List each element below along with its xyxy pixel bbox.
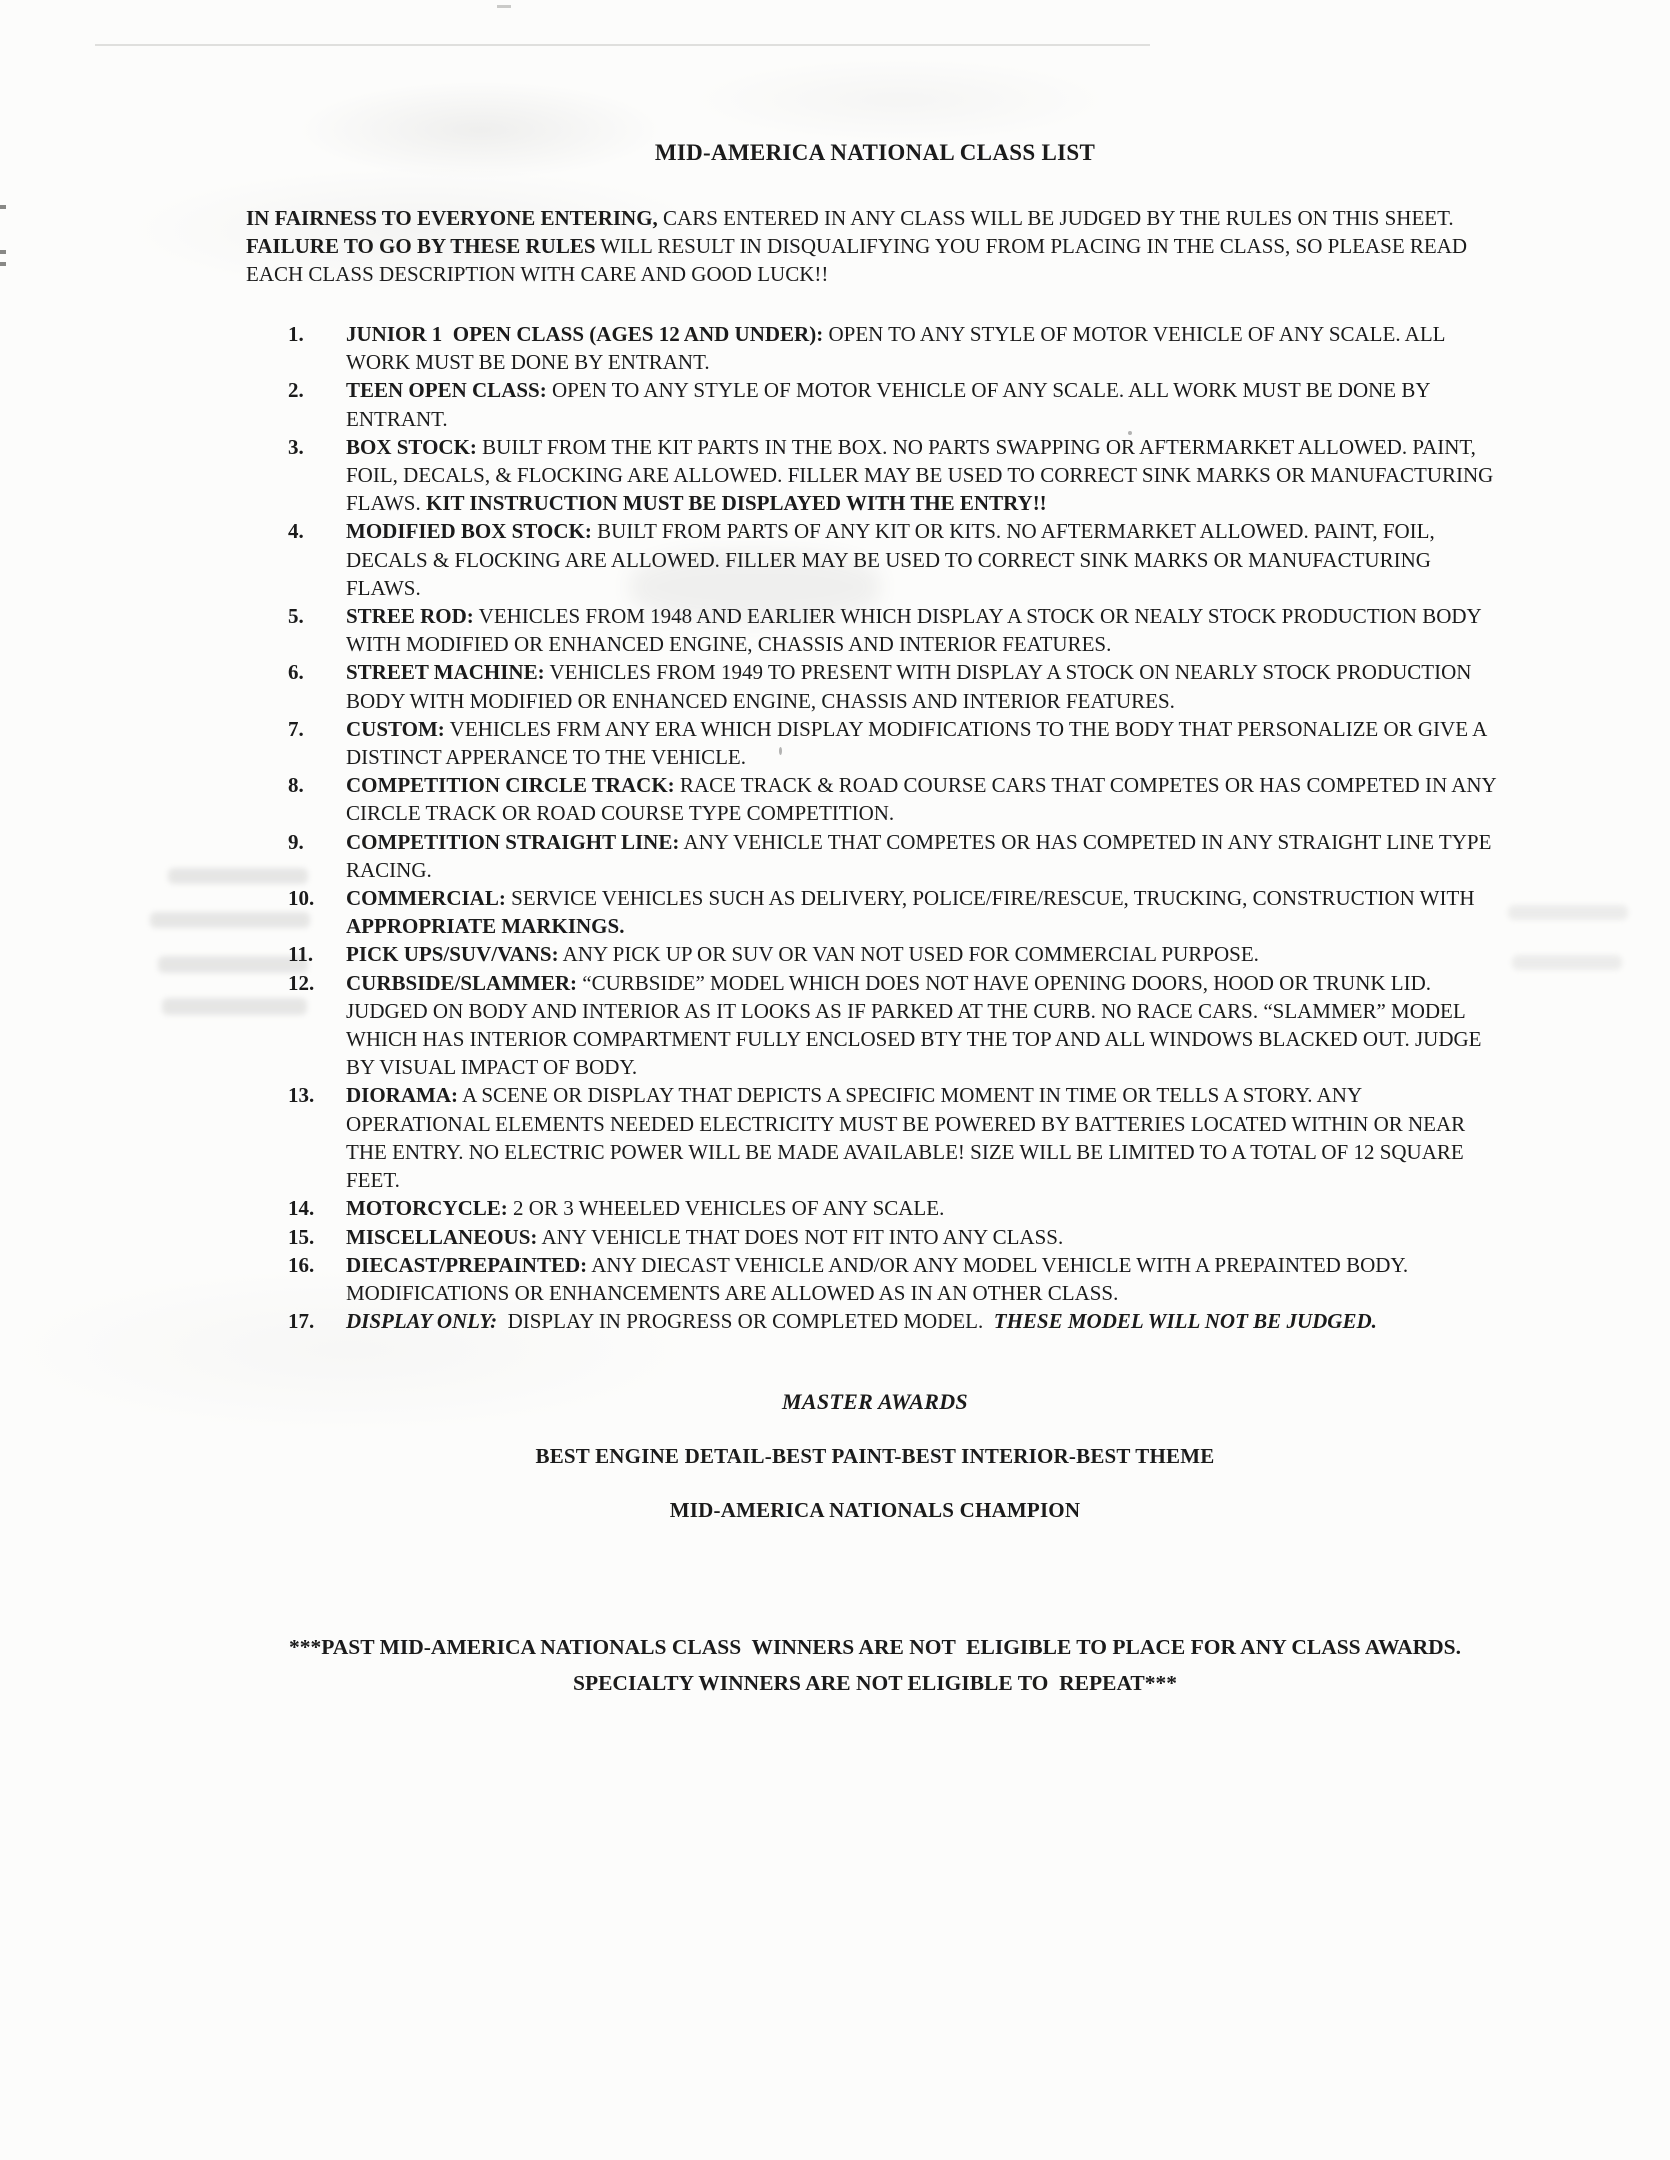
- text-segment: CUSTOM:: [346, 717, 445, 741]
- class-number: 17.: [288, 1307, 346, 1335]
- master-awards-line-2: MID-AMERICA NATIONALS CHAMPION: [246, 1498, 1504, 1523]
- scan-edge-dash: [0, 262, 6, 266]
- class-item: 15.MISCELLANEOUS: ANY VEHICLE THAT DOES …: [246, 1223, 1504, 1251]
- text-segment: VEHICLES FROM 1948 AND EARLIER WHICH DIS…: [346, 604, 1486, 656]
- class-item: 13.DIORAMA: A SCENE OR DISPLAY THAT DEPI…: [246, 1081, 1504, 1194]
- text-segment: STREET MACHINE:: [346, 660, 545, 684]
- class-description: TEEN OPEN CLASS: OPEN TO ANY STYLE OF MO…: [346, 376, 1504, 432]
- text-segment: ANY VEHICLE THAT DOES NOT FIT INTO ANY C…: [537, 1225, 1063, 1249]
- text-segment: COMPETITION STRAIGHT LINE:: [346, 830, 679, 854]
- text-segment: COMPETITION CIRCLE TRACK:: [346, 773, 675, 797]
- class-item: 12.CURBSIDE/SLAMMER: “CURBSIDE” MODEL WH…: [246, 969, 1504, 1082]
- text-segment: ANY PICK UP OR SUV OR VAN NOT USED FOR C…: [559, 942, 1259, 966]
- page-title: MID-AMERICA NATIONAL CLASS LIST: [246, 140, 1504, 166]
- class-item: 7.CUSTOM: VEHICLES FRM ANY ERA WHICH DIS…: [246, 715, 1504, 771]
- text-segment: DIORAMA:: [346, 1083, 458, 1107]
- class-list: 1.JUNIOR 1 OPEN CLASS (AGES 12 AND UNDER…: [246, 320, 1504, 1335]
- text-segment: DISPLAY IN PROGRESS OR COMPLETED MODEL.: [497, 1309, 994, 1333]
- text-segment: VEHICLES FRM ANY ERA WHICH DISPLAY MODIF…: [346, 717, 1491, 769]
- class-description: DIORAMA: A SCENE OR DISPLAY THAT DEPICTS…: [346, 1081, 1504, 1194]
- class-description: COMMERCIAL: SERVICE VEHICLES SUCH AS DEL…: [346, 884, 1504, 940]
- text-segment: FAILURE TO GO BY THESE RULES: [246, 234, 596, 258]
- text-segment: TEEN OPEN CLASS:: [346, 378, 547, 402]
- class-number: 10.: [288, 884, 346, 912]
- class-number: 8.: [288, 771, 346, 799]
- master-awards-line-1: BEST ENGINE DETAIL-BEST PAINT-BEST INTER…: [246, 1444, 1504, 1469]
- class-item: 10.COMMERCIAL: SERVICE VEHICLES SUCH AS …: [246, 884, 1504, 940]
- text-segment: MOTORCYCLE:: [346, 1196, 508, 1220]
- class-number: 7.: [288, 715, 346, 743]
- document-content: MID-AMERICA NATIONAL CLASS LIST IN FAIRN…: [246, 140, 1504, 1723]
- class-description: JUNIOR 1 OPEN CLASS (AGES 12 AND UNDER):…: [346, 320, 1504, 376]
- text-segment: KIT INSTRUCTION MUST BE DISPLAYED WITH T…: [426, 491, 1047, 515]
- class-number: 6.: [288, 658, 346, 686]
- class-number: 15.: [288, 1223, 346, 1251]
- bleed-through-smudge: [1512, 955, 1622, 970]
- text-segment: A SCENE OR DISPLAY THAT DEPICTS A SPECIF…: [346, 1083, 1470, 1192]
- scan-edge-line: [95, 44, 1150, 46]
- class-description: CUSTOM: VEHICLES FRM ANY ERA WHICH DISPL…: [346, 715, 1504, 771]
- class-description: COMPETITION CIRCLE TRACK: RACE TRACK & R…: [346, 771, 1504, 827]
- class-item: 1.JUNIOR 1 OPEN CLASS (AGES 12 AND UNDER…: [246, 320, 1504, 376]
- class-item: 14.MOTORCYCLE: 2 OR 3 WHEELED VEHICLES O…: [246, 1194, 1504, 1222]
- class-item: 5.STREE ROD: VEHICLES FROM 1948 AND EARL…: [246, 602, 1504, 658]
- class-description: BOX STOCK: BUILT FROM THE KIT PARTS IN T…: [346, 433, 1504, 518]
- class-number: 1.: [288, 320, 346, 348]
- class-item: 4.MODIFIED BOX STOCK: BUILT FROM PARTS O…: [246, 517, 1504, 602]
- class-description: CURBSIDE/SLAMMER: “CURBSIDE” MODEL WHICH…: [346, 969, 1504, 1082]
- text-segment: THESE MODEL WILL NOT BE JUDGED.: [994, 1309, 1377, 1333]
- text-segment: 2 OR 3 WHEELED VEHICLES OF ANY SCALE.: [508, 1196, 945, 1220]
- scan-mark: [497, 5, 511, 8]
- text-segment: SERVICE VEHICLES SUCH AS DELIVERY, POLIC…: [506, 886, 1480, 910]
- class-number: 12.: [288, 969, 346, 997]
- text-segment: STREE ROD:: [346, 604, 474, 628]
- class-item: 8.COMPETITION CIRCLE TRACK: RACE TRACK &…: [246, 771, 1504, 827]
- scan-edge-dash: [0, 250, 6, 254]
- class-description: DISPLAY ONLY: DISPLAY IN PROGRESS OR COM…: [346, 1307, 1504, 1335]
- text-segment: BOX STOCK:: [346, 435, 477, 459]
- class-number: 4.: [288, 517, 346, 545]
- class-number: 5.: [288, 602, 346, 630]
- class-description: STREE ROD: VEHICLES FROM 1948 AND EARLIE…: [346, 602, 1504, 658]
- class-description: COMPETITION STRAIGHT LINE: ANY VEHICLE T…: [346, 828, 1504, 884]
- text-segment: APPROPRIATE MARKINGS.: [346, 914, 624, 938]
- class-description: STREET MACHINE: VEHICLES FROM 1949 TO PR…: [346, 658, 1504, 714]
- class-number: 16.: [288, 1251, 346, 1279]
- class-description: PICK UPS/SUV/VANS: ANY PICK UP OR SUV OR…: [346, 940, 1504, 968]
- class-description: MOTORCYCLE: 2 OR 3 WHEELED VEHICLES OF A…: [346, 1194, 1504, 1222]
- intro-paragraph: IN FAIRNESS TO EVERYONE ENTERING, CARS E…: [246, 204, 1504, 288]
- text-segment: MODIFIED BOX STOCK:: [346, 519, 592, 543]
- class-item: 9.COMPETITION STRAIGHT LINE: ANY VEHICLE…: [246, 828, 1504, 884]
- text-segment: CARS ENTERED IN ANY CLASS WILL BE JUDGED…: [658, 206, 1459, 230]
- master-awards-section: MASTER AWARDS BEST ENGINE DETAIL-BEST PA…: [246, 1389, 1504, 1523]
- class-number: 2.: [288, 376, 346, 404]
- class-number: 13.: [288, 1081, 346, 1109]
- text-segment: PICK UPS/SUV/VANS:: [346, 942, 559, 966]
- text-segment: COMMERCIAL:: [346, 886, 506, 910]
- class-item: 11.PICK UPS/SUV/VANS: ANY PICK UP OR SUV…: [246, 940, 1504, 968]
- class-item: 2.TEEN OPEN CLASS: OPEN TO ANY STYLE OF …: [246, 376, 1504, 432]
- text-segment: IN FAIRNESS TO EVERYONE ENTERING,: [246, 206, 658, 230]
- text-segment: MISCELLANEOUS:: [346, 1225, 537, 1249]
- text-segment: CURBSIDE/SLAMMER:: [346, 971, 577, 995]
- footer-note: ***PAST MID-AMERICA NATIONALS CLASS WINN…: [246, 1629, 1504, 1701]
- class-item: 16.DIECAST/PREPAINTED: ANY DIECAST VEHIC…: [246, 1251, 1504, 1307]
- text-segment: DISPLAY ONLY:: [346, 1309, 497, 1333]
- text-segment: DIECAST/PREPAINTED:: [346, 1253, 587, 1277]
- class-description: DIECAST/PREPAINTED: ANY DIECAST VEHICLE …: [346, 1251, 1504, 1307]
- class-description: MISCELLANEOUS: ANY VEHICLE THAT DOES NOT…: [346, 1223, 1504, 1251]
- class-item: 17.DISPLAY ONLY: DISPLAY IN PROGRESS OR …: [246, 1307, 1504, 1335]
- class-item: 3.BOX STOCK: BUILT FROM THE KIT PARTS IN…: [246, 433, 1504, 518]
- text-segment: JUNIOR 1 OPEN CLASS (AGES 12 AND UNDER):: [346, 322, 823, 346]
- class-number: 11.: [288, 940, 346, 968]
- class-description: MODIFIED BOX STOCK: BUILT FROM PARTS OF …: [346, 517, 1504, 602]
- master-awards-heading: MASTER AWARDS: [246, 1389, 1504, 1415]
- class-number: 14.: [288, 1194, 346, 1222]
- scan-edge-dash: [0, 205, 6, 209]
- scanned-document-page: MID-AMERICA NATIONAL CLASS LIST IN FAIRN…: [0, 0, 1670, 2160]
- class-number: 9.: [288, 828, 346, 856]
- class-item: 6.STREET MACHINE: VEHICLES FROM 1949 TO …: [246, 658, 1504, 714]
- bleed-through-smudge: [1508, 905, 1628, 920]
- class-number: 3.: [288, 433, 346, 461]
